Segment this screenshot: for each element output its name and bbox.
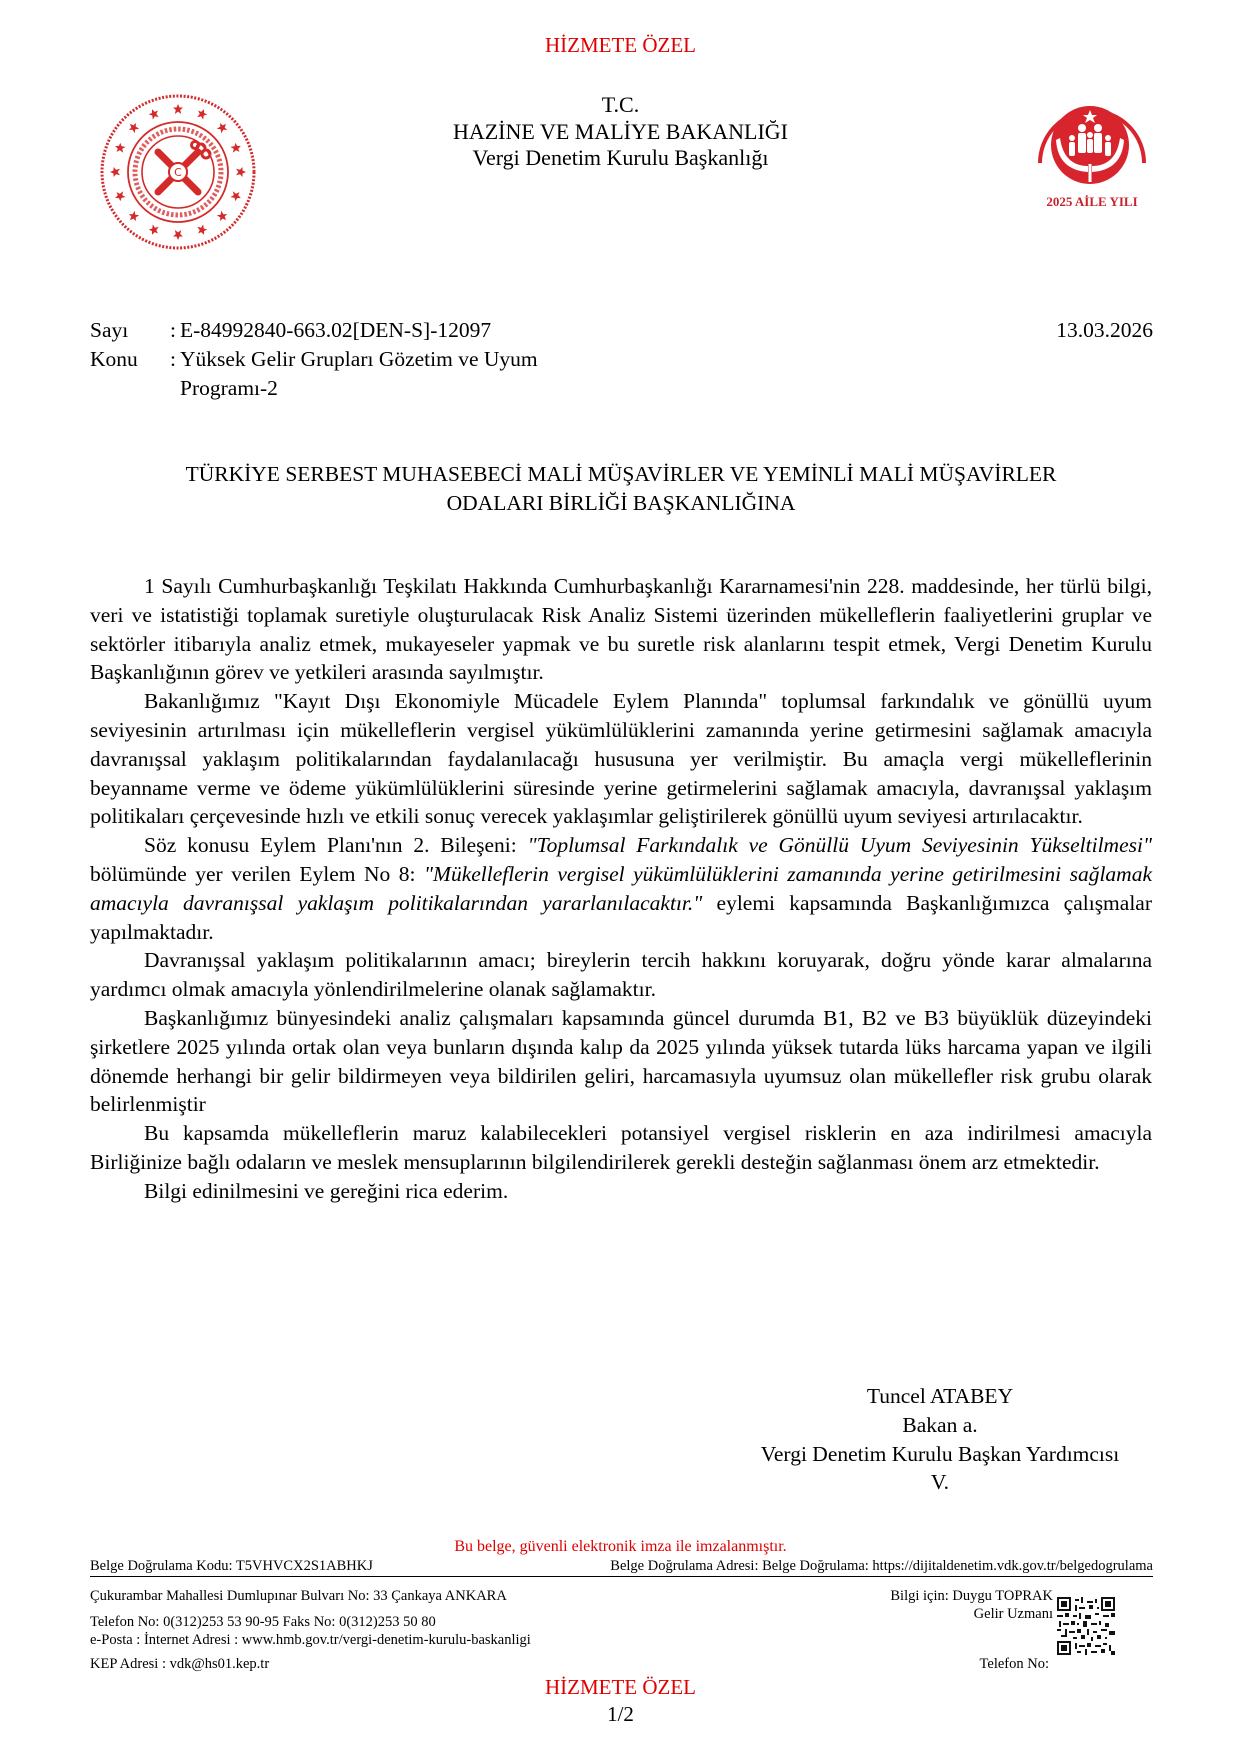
signatory-name: Tuncel ATABEY xyxy=(720,1382,1160,1411)
family-year-caption: 2025 AİLE YILI xyxy=(1046,194,1137,209)
family-year-logo-icon: 2025 AİLE YILI xyxy=(1030,88,1154,218)
classification-bottom: HİZMETE ÖZEL xyxy=(0,1673,1241,1701)
subject-value-line1: Yüksek Gelir Grupları Gözetim ve Uyum xyxy=(180,345,538,374)
paragraph-6: Bu kapsamda mükelleflerin maruz kalabile… xyxy=(90,1119,1152,1177)
number-label: Sayı xyxy=(90,316,128,345)
letter-body: 1 Sayılı Cumhurbaşkanlığı Teşkilatı Hakk… xyxy=(90,572,1152,1206)
info-contact-phone: Telefon No: xyxy=(980,1655,1049,1673)
info-contact-name: Bilgi için: Duygu TOPRAK xyxy=(890,1587,1053,1605)
classification-top: HİZMETE ÖZEL xyxy=(0,31,1241,59)
p3-text-c: bölümünde yer verilen Eylem No 8: xyxy=(90,862,424,886)
verification-bar: Belge Doğrulama Kodu: T5VHVCX2S1ABHKJ Be… xyxy=(90,1556,1153,1577)
paragraph-1: 1 Sayılı Cumhurbaşkanlığı Teşkilatı Hakk… xyxy=(90,572,1152,687)
signatory-suffix: V. xyxy=(720,1468,1160,1497)
addressee-line1: TÜRKİYE SERBEST MUHASEBECİ MALİ MÜŞAVİRL… xyxy=(90,460,1152,489)
p3-text-a: Söz konusu Eylem Planı'nın 2. Bileşeni: xyxy=(144,833,528,857)
esign-notice: Bu belge, güvenli elektronik imza ile im… xyxy=(0,1537,1241,1557)
number-value: E-84992840-663.02[DEN-S]-12097 xyxy=(180,316,491,345)
addressee: TÜRKİYE SERBEST MUHASEBECİ MALİ MÜŞAVİRL… xyxy=(90,460,1152,518)
p3-quote-component: "Toplumsal Farkındalık ve Gönüllü Uyum S… xyxy=(528,833,1152,857)
paragraph-2: Bakanlığımız "Kayıt Dışı Ekonomiyle Müca… xyxy=(90,687,1152,831)
paragraph-3: Söz konusu Eylem Planı'nın 2. Bileşeni: … xyxy=(90,831,1152,946)
verification-address-link[interactable]: Belge Doğrulama Adresi: Belge Doğrulama:… xyxy=(610,1556,1153,1576)
footer-email-web[interactable]: e-Posta : İnternet Adresi : www.hmb.gov.… xyxy=(90,1631,531,1649)
signatory-on-behalf: Bakan a. xyxy=(720,1411,1160,1440)
signatory-title: Vergi Denetim Kurulu Başkan Yardımcısı xyxy=(720,1440,1160,1469)
subject-separator: : xyxy=(170,345,176,374)
addressee-line2: ODALARI BİRLİĞİ BAŞKANLIĞINA xyxy=(90,489,1152,518)
paragraph-7: Bilgi edinilmesini ve gereğini rica eder… xyxy=(90,1177,1152,1206)
paragraph-4: Davranışsal yaklaşım politikalarının ama… xyxy=(90,946,1152,1004)
paragraph-5: Başkanlığımız bünyesindeki analiz çalışm… xyxy=(90,1004,1152,1119)
info-contact: Bilgi için: Duygu TOPRAK Gelir Uzmanı xyxy=(890,1587,1053,1623)
signature-block: Tuncel ATABEY Bakan a. Vergi Denetim Kur… xyxy=(720,1382,1160,1497)
document-date: 13.03.2026 xyxy=(1056,316,1153,345)
subject-value-line2: Programı-2 xyxy=(180,374,278,403)
footer-phone-fax: Telefon No: 0(312)253 53 90-95 Faks No: … xyxy=(90,1613,436,1631)
number-separator: : xyxy=(170,316,176,345)
footer-kep[interactable]: KEP Adresi : vdk@hs01.kep.tr xyxy=(90,1655,269,1673)
footer-address: Çukurambar Mahallesi Dumlupınar Bulvarı … xyxy=(90,1587,507,1605)
verification-code: Belge Doğrulama Kodu: T5VHVCX2S1ABHKJ xyxy=(90,1556,373,1576)
page-number: 1/2 xyxy=(0,1701,1241,1727)
qr-code-icon[interactable] xyxy=(1057,1597,1115,1655)
info-contact-title: Gelir Uzmanı xyxy=(890,1605,1053,1623)
subject-label: Konu xyxy=(90,345,138,374)
